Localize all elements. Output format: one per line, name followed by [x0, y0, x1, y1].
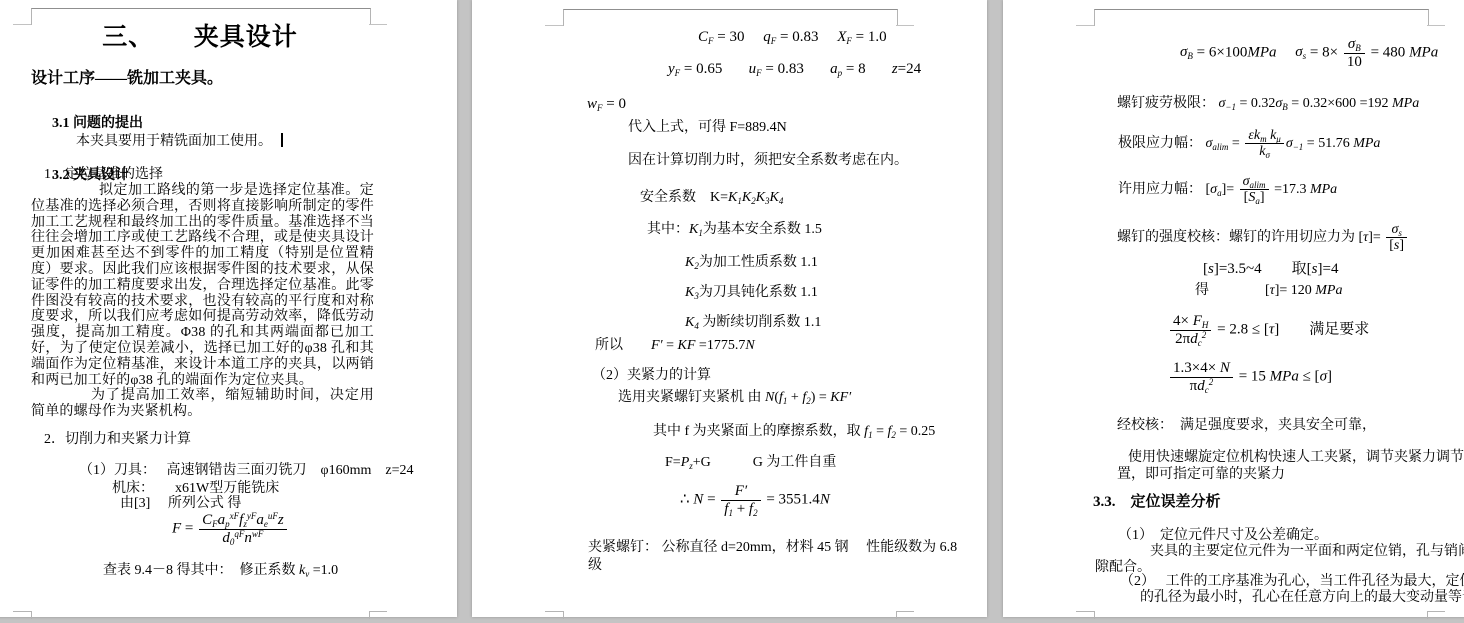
list-item: 1．定位基准的选择 — [44, 166, 163, 184]
text-line: 由[3] 所列公式 得 — [120, 495, 241, 513]
text-line: （1） 定位元件尺寸及公差确定。 — [1118, 527, 1328, 545]
text-line: 使用快速螺旋定位机构快速人工夹紧，调节夹紧力调节装 — [1128, 449, 1464, 467]
text-line: 夹具的主要定位元件为一平面和两定位销，孔与销间 — [1150, 543, 1464, 561]
formula-line: wF = 0 — [587, 95, 626, 114]
margin-crop-mark — [1427, 611, 1445, 612]
page-2: CF = 30 qF = 0.83 XF = 1.0 yF = 0.65 uF … — [472, 0, 987, 617]
formula-line: 4× FH2πdc2 = 2.8 ≤ [τ] 满足要求 — [1168, 313, 1369, 347]
margin-crop-mark — [545, 611, 563, 612]
formula-line: 得 [τ]= 120 MPa — [1195, 282, 1342, 300]
formula-line: 螺钉的强度校核：螺钉的许用切应力为 [τ]= σs[s] — [1117, 222, 1409, 254]
margin-crop-mark — [896, 25, 914, 26]
formula-line: 其中：K1为基本安全系数 1.5 — [647, 221, 822, 239]
text-line: （1）刀具： 高速钢错齿三面刃铣刀 φ160mm z=24 — [79, 462, 413, 480]
page-title: 三、 夹具设计 — [31, 22, 369, 53]
text-line: 因在计算切削力时，须把安全系数考虑在内。 — [628, 152, 908, 170]
formula-line: 极限应力幅： σalim = εkm kμkσσ−1 = 51.76 MPa — [1118, 128, 1380, 160]
formula-line: 1.3×4× Nπdc2 = 15 MPa ≤ [σ] — [1168, 360, 1332, 394]
formula-line: [s]=3.5~4 取[s]=4 — [1203, 260, 1338, 279]
margin-crop-mark — [896, 611, 914, 612]
formula-line: 许用应力幅： [σa]= σalim[Sa] =17.3 MPa — [1118, 174, 1337, 206]
text-line: 的孔径为最小时，孔心在任意方向上的最大变动量等于 — [1140, 589, 1464, 607]
margin-crop-mark — [1427, 611, 1428, 619]
formula-line: 螺钉疲劳极限： σ−1 = 0.32σB = 0.32×600 =192 MPa — [1117, 95, 1419, 113]
formula-line: yF = 0.65 uF = 0.83 ap = 8 z=24 — [668, 60, 921, 79]
margin-crop-mark — [369, 24, 387, 25]
text-line: 经校核： 满足强度要求，夹具安全可靠， — [1117, 417, 1376, 435]
page-3: σB = 6×100MPa σs = 8× σB10 = 480 MPa 螺钉疲… — [1003, 0, 1464, 617]
formula-line: F=Pz+G G 为工件自重 — [665, 454, 836, 472]
text-line: （2） 工件的工序基准为孔心，当工件孔径为最大，定位销 — [1120, 573, 1464, 591]
margin-crop-mark — [369, 611, 387, 612]
formula-line: 选用夹紧螺钉夹紧机 由 N(f1 + f2) = KF′ — [618, 389, 851, 407]
text-line: 代入上式，可得 F=889.4N — [628, 119, 787, 137]
margin-crop-mark — [545, 25, 563, 26]
page-1: 三、 夹具设计 设计工序——铣加工夹具。 3.1 问题的提出 本夹具要用于精铣面… — [0, 0, 457, 617]
margin-crop-mark — [1076, 25, 1094, 26]
formula-line: K3为刀具钝化系数 1.1 — [685, 284, 818, 302]
margin-crop-mark — [563, 611, 564, 619]
margin-crop-mark — [1427, 25, 1445, 26]
margin-crop-mark — [13, 611, 31, 612]
text-line: 查表 9.4－8 得其中： 修正系数 kv =1.0 — [103, 562, 338, 580]
margin-crop-mark — [13, 24, 31, 25]
formula-line: 所以 F′ = KF =1775.7N — [595, 337, 755, 355]
formula-line: K2为加工性质系数 1.1 — [685, 254, 818, 272]
formula-line: 其中 f 为夹紧面上的摩擦系数，取 f1 = f2 = 0.25 — [653, 423, 935, 441]
text-line: 置，即可指定可靠的夹紧力 — [1117, 466, 1285, 484]
formula-line: ∴ N = F′f1 + f2 = 3551.4N — [680, 483, 830, 517]
paragraph: 拟定加工路线的第一步是选择定位基准。定位基准的选择必须合理，否则将直接影响所制定… — [31, 183, 374, 388]
text-line: 夹紧螺钉： 公称直径 d=20mm，材料 45 钢 性能级数为 6.8 — [588, 539, 957, 557]
section-heading: 设计工序——铣加工夹具。 — [31, 69, 223, 89]
formula-line: 安全系数 K=K1K2K3K4 — [640, 189, 783, 207]
paragraph: 为了提高加工效率，缩短辅助时间，决定用简单的螺母作为夹紧机构。 — [31, 388, 374, 420]
document-view: 三、 夹具设计 设计工序——铣加工夹具。 3.1 问题的提出 本夹具要用于精铣面… — [0, 0, 1464, 623]
formula-line: CF = 30 qF = 0.83 XF = 1.0 — [698, 28, 887, 47]
margin-crop-mark — [1094, 611, 1095, 619]
margin-crop-mark — [369, 611, 370, 619]
text-boundary-line — [1094, 9, 1429, 26]
margin-crop-mark — [1076, 611, 1094, 612]
text-line: 级 — [588, 557, 602, 575]
body-text: 本夹具要用于精铣面加工使用。 — [76, 134, 272, 149]
formula-line: σB = 6×100MPa σs = 8× σB10 = 480 MPa — [1180, 36, 1438, 70]
text-boundary-line — [563, 9, 898, 26]
heading-3-3: 3.3. 定位误差分析 — [1093, 493, 1221, 512]
text-cursor — [281, 133, 283, 147]
formula-line: F = CFapxFfzyFaeuFzd0qFnwF — [172, 512, 289, 546]
margin-crop-mark — [896, 611, 897, 619]
list-item: 2．切削力和夹紧力计算 — [44, 431, 191, 449]
text-line: （2）夹紧力的计算 — [592, 367, 711, 385]
margin-crop-mark — [31, 611, 32, 619]
formula-line: K4 为断续切削系数 1.1 — [685, 314, 821, 332]
